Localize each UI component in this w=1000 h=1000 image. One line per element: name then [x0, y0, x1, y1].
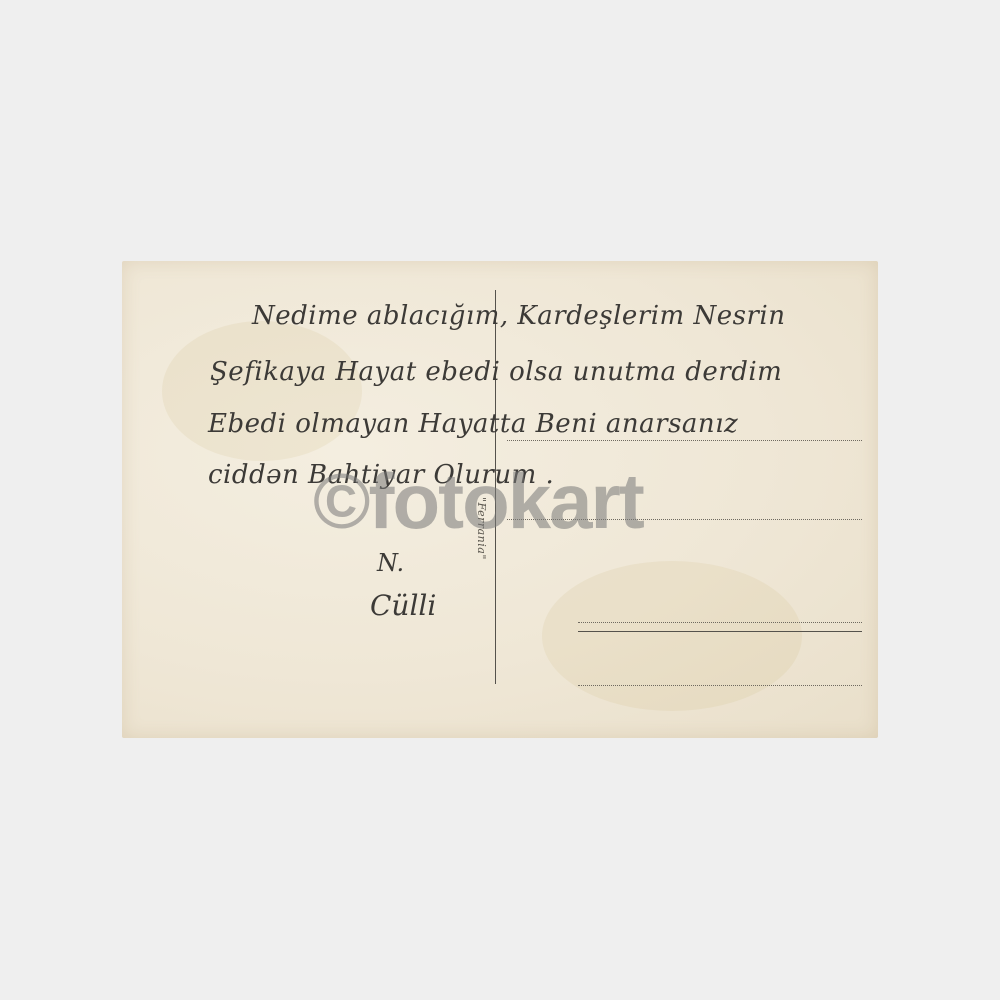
address-line-1	[507, 440, 862, 441]
paper-stain	[542, 561, 802, 711]
signature-initial: N.	[377, 549, 404, 577]
message-line-1: Nedime ablacığım, Kardeşlerim Nesrin	[252, 301, 785, 331]
copyright-watermark: ©fotokart	[313, 462, 643, 540]
address-line-4	[578, 685, 862, 686]
message-line-2: Şefikaya Hayat ebedi olsa unutma derdim	[210, 357, 782, 387]
message-line-3: Ebedi olmayan Hayatta Beni anarsanız	[208, 409, 738, 439]
address-line-3	[578, 622, 862, 623]
signature-name: Cülli	[370, 589, 436, 622]
paper-stain	[162, 321, 362, 461]
address-underline	[578, 631, 862, 632]
